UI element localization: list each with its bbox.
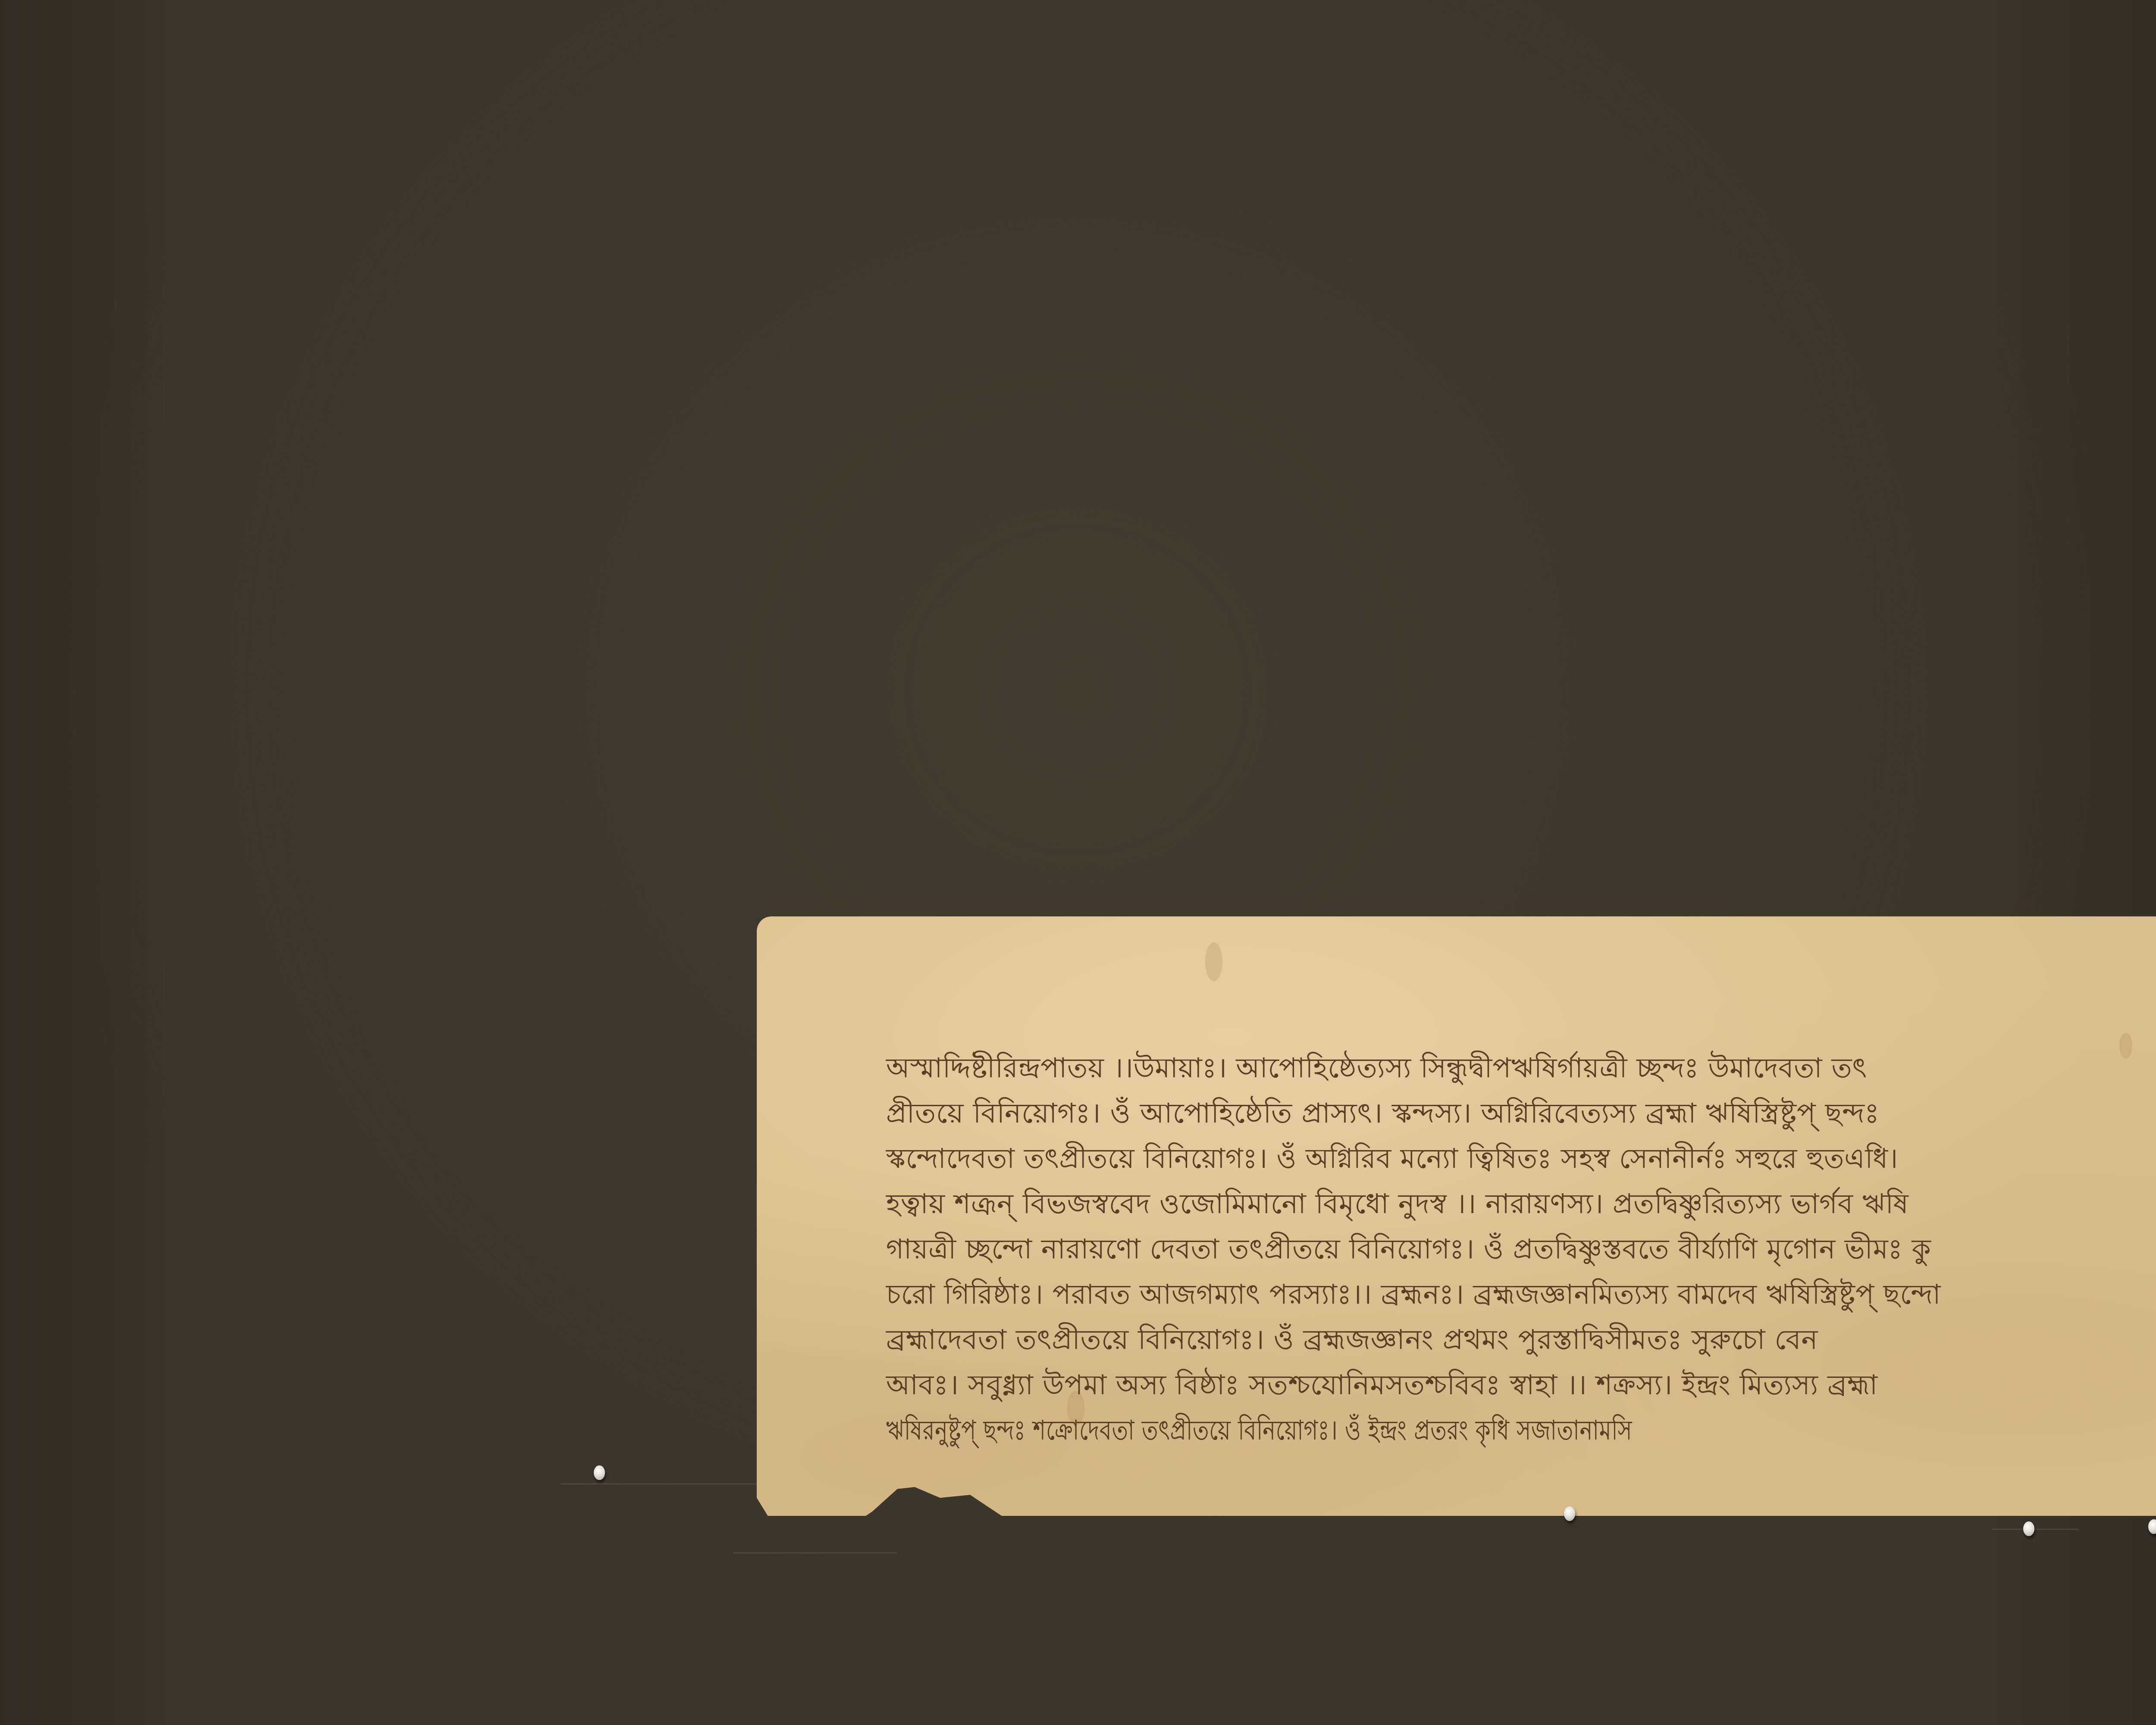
- board-scratch: [733, 1552, 897, 1553]
- manuscript-line: গায়ত্রী চ্ছন্দো নারায়ণো দেবতা তৎপ্রীতয…: [886, 1227, 2156, 1272]
- manuscript-line: ঋষিরনুষ্টুপ্ ছন্দঃ শক্রোদেবতা তৎপ্রীতয়ে…: [886, 1408, 1962, 1453]
- manuscript-line: আবঃ। সবুধ্ন্যা উপমা অস্য বিষ্ঠাঃ সতশ্চযো…: [886, 1363, 2156, 1408]
- board-scratch: [1992, 1529, 2078, 1530]
- mounting-pin-icon: [1564, 1506, 1575, 1521]
- mounting-pin-icon: [2023, 1521, 2034, 1536]
- manuscript-text: অস্মাদ্দিষ্টীরিন্দ্রপাতয় ।।উমায়াঃ। আপো…: [886, 1046, 2156, 1453]
- manuscript-line: হত্বায় শত্রূন্ বিভজস্ববেদ ওজোমিমানো বিম…: [886, 1182, 2156, 1227]
- manuscript-leaf: অস্মাদ্দিষ্টীরিন্দ্রপাতয় ।।উমায়াঃ। আপো…: [757, 916, 2156, 1516]
- manuscript-line: অস্মাদ্দিষ্টীরিন্দ্রপাতয় ।।উমায়াঃ। আপো…: [886, 1046, 2156, 1091]
- manuscript-line: ব্রহ্মাদেবতা তৎপ্রীতয়ে বিনিয়োগঃ। ওঁ ব্…: [886, 1317, 2156, 1363]
- manuscript-line: চরো গিরিষ্ঠাঃ। পরাবত আজগম্যাৎ পরস্যাঃ।। …: [886, 1272, 2156, 1317]
- paper-stain: [1205, 942, 1222, 981]
- manuscript-line: স্কন্দোদেবতা তৎপ্রীতয়ে বিনিয়োগঃ। ওঁ অগ…: [886, 1136, 2156, 1182]
- mounting-pin-icon: [594, 1465, 605, 1480]
- manuscript-line: প্রীতয়ে বিনিয়োগঃ। ওঁ আপোহিষ্ঠেতি প্রাস…: [886, 1091, 2156, 1136]
